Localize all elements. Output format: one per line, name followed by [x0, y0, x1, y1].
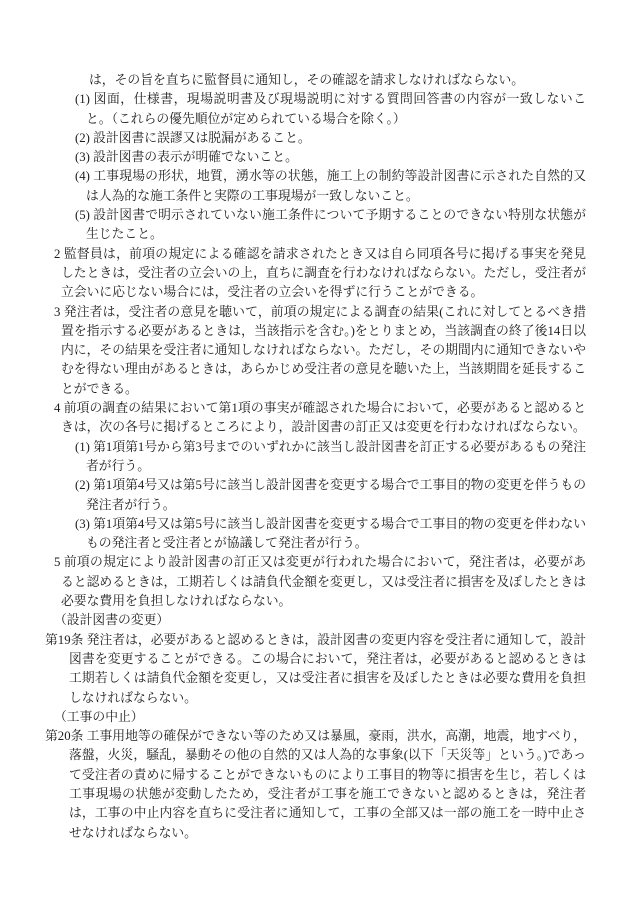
paragraph-continuation-line: は，その旨を直ちに監督員に通知し，その確認を請求しなければならない。: [0, 71, 586, 90]
document-page: は，その旨を直ちに監督員に通知し，その確認を請求しなければならない。 (1) 図…: [0, 0, 630, 903]
clause-paragraph-3: 3 発注者は，受注者の意見を聴いて，前項の規定による調査の結果(これに対してとる…: [0, 303, 586, 399]
numbered-item-4: (4) 工事現場の形状，地質，湧水等の状態，施工上の制約等設計図書に示された自然…: [0, 167, 586, 206]
numbered-subitem-4-3: (3) 第1項第4号又は第5号に該当し設計図書を変更する場合で工事目的物の変更を…: [0, 515, 586, 554]
section-heading-design-documents-change: （設計図書の変更）: [0, 611, 586, 630]
clause-paragraph-5: 5 前項の規定により設計図書の訂正又は変更が行われた場合において，発注者は，必要…: [0, 553, 586, 611]
numbered-item-5: (5) 設計図書で明示されていない施工条件について予期することのできない特別な状…: [0, 206, 586, 245]
section-heading-work-suspension: （工事の中止）: [0, 708, 586, 727]
numbered-subitem-4-2: (2) 第1項第4号又は第5号に該当し設計図書を変更する場合で工事目的物の変更を…: [0, 476, 586, 515]
numbered-item-1: (1) 図面，仕様書，現場説明書及び現場説明に対する質問回答書の内容が一致しない…: [0, 90, 586, 129]
clause-paragraph-4: 4 前項の調査の結果において第1項の事実が確認された場合において，必要があると認…: [0, 399, 586, 438]
clause-paragraph-2: 2 監督員は，前項の規定による確認を請求されたとき又は自ら同項各号に掲げる事実を…: [0, 245, 586, 303]
numbered-item-3: (3) 設計図書の表示が明確でないこと。: [0, 148, 586, 167]
article-19-paragraph: 第19条 発注者は，必要があると認めるときは，設計図書の変更内容を受注者に通知し…: [0, 631, 586, 708]
numbered-item-2: (2) 設計図書に誤謬又は脱漏があること。: [0, 129, 586, 148]
article-20-paragraph: 第20条 工事用地等の確保ができない等のため又は暴風，豪雨，洪水，高潮，地震，地…: [0, 727, 586, 843]
contract-clauses-text: は，その旨を直ちに監督員に通知し，その確認を請求しなければならない。 (1) 図…: [0, 71, 586, 843]
numbered-subitem-4-1: (1) 第1項第1号から第3号までのいずれかに該当し設計図書を訂正する必要がある…: [0, 438, 586, 477]
